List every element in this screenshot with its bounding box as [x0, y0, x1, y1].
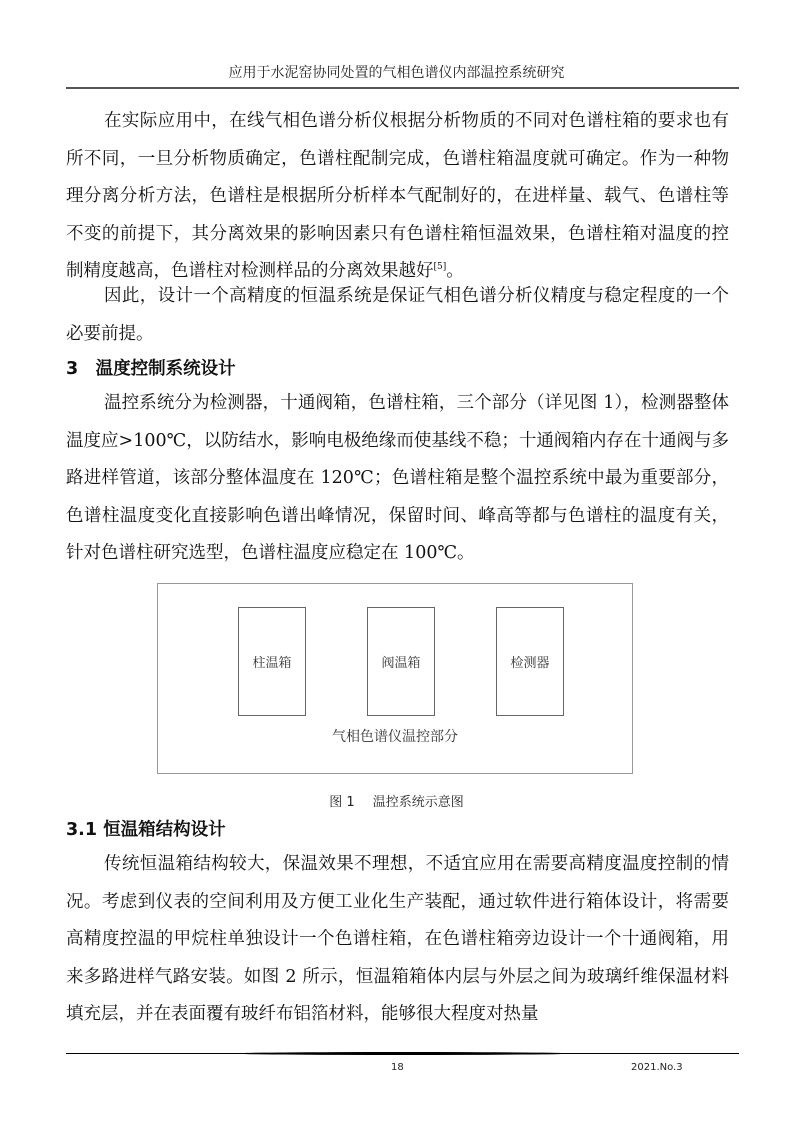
- paragraph-conclusion: 因此，设计一个高精度的恒温系统是保证气相色谱分析仪精度与稳定程度的一个必要前提。: [66, 278, 729, 353]
- detector-box: 检测器: [496, 607, 564, 716]
- citation: [5]: [434, 262, 447, 272]
- section-heading-3: 3 温度控制系统设计: [66, 355, 236, 380]
- figure-1-diagram: 柱温箱 阀温箱 检测器 气相色谱仪温控部分: [157, 583, 633, 774]
- header-divider: [66, 87, 739, 89]
- column-oven-box: 柱温箱: [238, 607, 306, 716]
- journal-issue: 2021.No.3: [631, 1062, 683, 1073]
- page-number: 18: [391, 1062, 404, 1073]
- section-heading-3-1: 3.1 恒温箱结构设计: [66, 816, 226, 841]
- header-title: 应用于水泥窑协同处置的气相色谱仪内部温控系统研究: [0, 62, 793, 82]
- paragraph-oven-structure: 传统恒温箱结构较大，保温效果不理想，不适宜应用在需要高精度温度控制的情况。考虑到…: [66, 846, 729, 1034]
- figure-group-label: 气相色谱仪温控部分: [158, 726, 632, 746]
- footer-divider: [66, 1052, 739, 1056]
- valve-oven-box: 阀温箱: [367, 607, 435, 716]
- caption-number: 图 1: [329, 795, 354, 810]
- paragraph-gc-application: 在实际应用中，在线气相色谱分析仪根据分析物质的不同对色谱柱箱的要求也有所不同，一…: [66, 103, 729, 291]
- figure-1-caption: 图 1温控系统示意图: [0, 791, 793, 810]
- paragraph-temp-system: 温控系统分为检测器，十通阀箱，色谱柱箱，三个部分（详见图 1），检测器整体温度应…: [66, 385, 729, 573]
- caption-text: 温控系统示意图: [373, 795, 464, 810]
- paragraph-text: 在实际应用中，在线气相色谱分析仪根据分析物质的不同对色谱柱箱的要求也有所不同，一…: [66, 111, 729, 281]
